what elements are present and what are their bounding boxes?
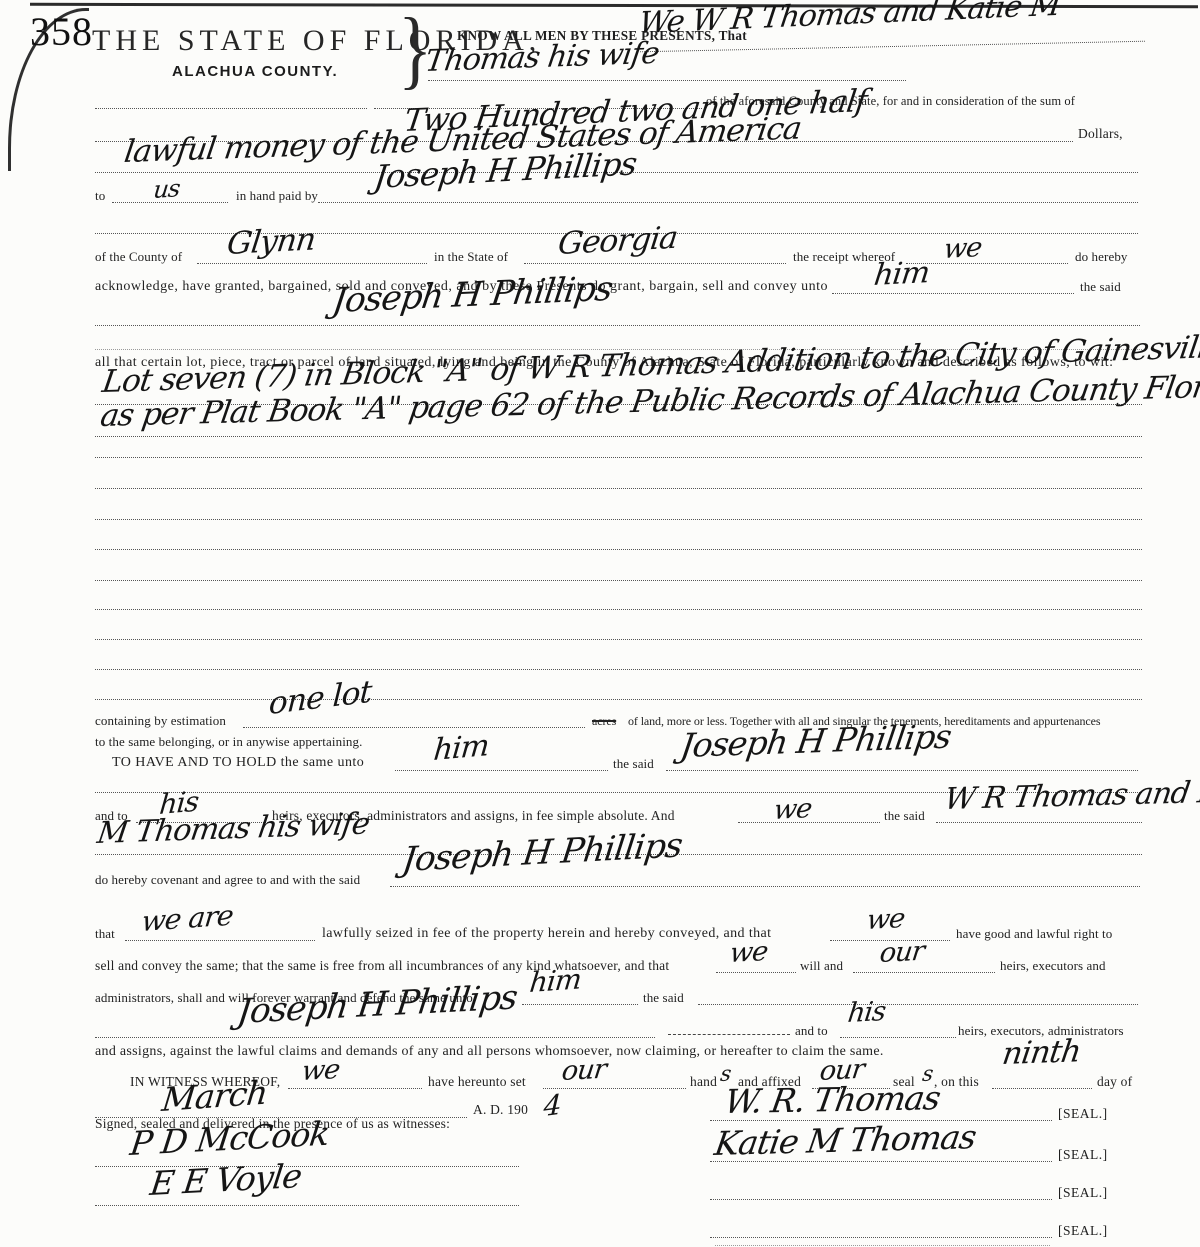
- dotted-line: [992, 1088, 1092, 1089]
- handwritten-grantee-name-4: Joseph H Phillips: [235, 978, 519, 1032]
- witness-signature-2: E E Voyle: [148, 1156, 304, 1203]
- deed-page: 358 THE STATE OF FLORIDA, } KNOW ALL MEN…: [0, 0, 1200, 1247]
- handwritten-we-4: we: [728, 936, 769, 969]
- dotted-line: [95, 488, 1142, 489]
- that-label: that: [95, 926, 115, 942]
- seal-label-3: [SEAL.]: [1058, 1185, 1108, 1201]
- handwritten-to-us: us: [152, 174, 181, 204]
- dotted-line: [524, 263, 786, 264]
- dotted-line: [95, 580, 1142, 581]
- heirs-executors-and: heirs, executors and: [1000, 958, 1106, 974]
- the-said-2: the said: [613, 756, 654, 772]
- signature-w-r-thomas: W. R. Thomas: [722, 1078, 943, 1121]
- handwritten-year-digit: 4: [543, 1088, 561, 1123]
- handwritten-grantee-name-3: Joseph H Phillips: [400, 826, 684, 880]
- handwritten-grantee-name: Joseph H Phillips: [330, 269, 614, 321]
- hand-word: hand: [690, 1074, 717, 1090]
- dotted-line: [95, 457, 1142, 458]
- handwritten-county: Glynn: [225, 221, 317, 262]
- handwritten-his-2: his: [846, 996, 887, 1029]
- in-hand-paid-by: in hand paid by: [236, 188, 318, 204]
- dotted-line: [95, 549, 1142, 550]
- dotted-line: [390, 886, 1140, 887]
- dotted-line: [95, 669, 1142, 670]
- dotted-line: [698, 1004, 1138, 1005]
- seal-label-1: [SEAL.]: [1058, 1106, 1108, 1122]
- claims-text: and assigns, against the lawful claims a…: [95, 1044, 884, 1060]
- right-text: have good and lawful right to: [956, 926, 1112, 942]
- day-of: day of: [1097, 1074, 1132, 1090]
- dotted-line: [197, 263, 427, 264]
- the-said-3: the said: [884, 808, 925, 824]
- handwritten-day-ninth: ninth: [1000, 1033, 1083, 1072]
- and-to-2: and to: [795, 1023, 828, 1039]
- handwritten-unto-him-2: him: [432, 728, 490, 768]
- handwritten-we-5: we: [300, 1054, 341, 1087]
- sell-convey-text: sell and convey the same; that the same …: [95, 958, 669, 974]
- dotted-line: [125, 940, 315, 941]
- signature-line: [710, 1199, 1052, 1200]
- seized-text: lawfully seized in fee of the property h…: [322, 926, 771, 942]
- signature-line: [715, 1245, 1050, 1246]
- seal-label-4: [SEAL.]: [1058, 1223, 1108, 1239]
- dotted-line: [832, 293, 1074, 294]
- handwritten-grantee-name-2: Joseph H Phillips: [678, 717, 953, 765]
- handwritten-our: our: [878, 936, 926, 969]
- handwritten-we-are: we are: [140, 899, 234, 938]
- page-number: 358: [30, 8, 93, 55]
- handwritten-extent: one lot: [268, 674, 372, 722]
- dotted-line: [288, 1088, 422, 1089]
- to-label: to: [95, 188, 105, 204]
- containing-by-estimation: containing by estimation: [95, 713, 226, 729]
- handwritten-grantors-again-1: W R Thomas and Katie: [942, 773, 1200, 817]
- the-said: the said: [1080, 279, 1121, 295]
- acres-struck-word: acres: [592, 714, 616, 729]
- handwritten-state: Georgia: [556, 220, 679, 262]
- witness-line: [95, 1205, 519, 1206]
- handwritten-him: him: [528, 963, 583, 999]
- dotted-line: [95, 436, 1142, 437]
- ad-190-label: A. D. 190: [473, 1102, 528, 1118]
- dotted-line: [95, 108, 367, 109]
- dotted-line: [936, 822, 1142, 823]
- dotted-line: [318, 202, 1138, 203]
- dotted-line: [243, 727, 585, 728]
- have-hereunto-set: have hereunto set: [428, 1074, 526, 1090]
- dotted-line: [522, 1004, 638, 1005]
- handwritten-month-march: March: [160, 1073, 269, 1119]
- dotted-line: [853, 972, 995, 973]
- handwritten-unto-him: him: [872, 255, 931, 293]
- dotted-line: [716, 972, 796, 973]
- dollars-label: Dollars,: [1078, 126, 1123, 142]
- signature-katie-m-thomas: Katie M Thomas: [712, 1117, 978, 1163]
- dotted-line: [428, 80, 906, 81]
- handwritten-we: we: [942, 232, 983, 265]
- covenant-text: do hereby covenant and agree to and with…: [95, 872, 360, 888]
- county-heading: ALACHUA COUNTY.: [172, 63, 338, 80]
- dotted-line: [95, 609, 1142, 610]
- dotted-line: [840, 1037, 956, 1038]
- do-hereby: do hereby: [1075, 249, 1128, 265]
- handwritten-our-1: our: [560, 1054, 608, 1087]
- dashed-line: [668, 1034, 790, 1035]
- dotted-line: [95, 699, 1142, 700]
- signature-line: [710, 1161, 1052, 1162]
- handwritten-we-3: we: [865, 903, 906, 936]
- to-have-and-to-hold: TO HAVE AND TO HOLD the same unto: [112, 755, 364, 771]
- the-said-4: the said: [643, 990, 684, 1006]
- dotted-line: [95, 1037, 655, 1038]
- dotted-line: [906, 263, 1068, 264]
- seal-label-2: [SEAL.]: [1058, 1147, 1108, 1163]
- handwritten-we-2: we: [772, 793, 813, 826]
- dotted-line: [543, 1088, 686, 1089]
- in-state-of: in the State of: [434, 249, 508, 265]
- signature-line: [710, 1237, 1052, 1238]
- will-and: will and: [800, 958, 843, 974]
- belonging-text: to the same belonging, or in anywise app…: [95, 734, 362, 750]
- handwritten-grantor-names-1: We W R Thomas and Katie M: [637, 0, 1062, 41]
- dotted-line: [95, 325, 1140, 326]
- dotted-line: [95, 639, 1142, 640]
- dotted-line: [666, 770, 1138, 771]
- dotted-line: [95, 519, 1142, 520]
- handwritten-grantor-names-2: Thomas his wife: [423, 36, 661, 79]
- dotted-line: [395, 770, 608, 771]
- handwritten-grantors-again-2: M Thomas his wife: [95, 807, 371, 851]
- of-county-of: of the County of: [95, 249, 182, 265]
